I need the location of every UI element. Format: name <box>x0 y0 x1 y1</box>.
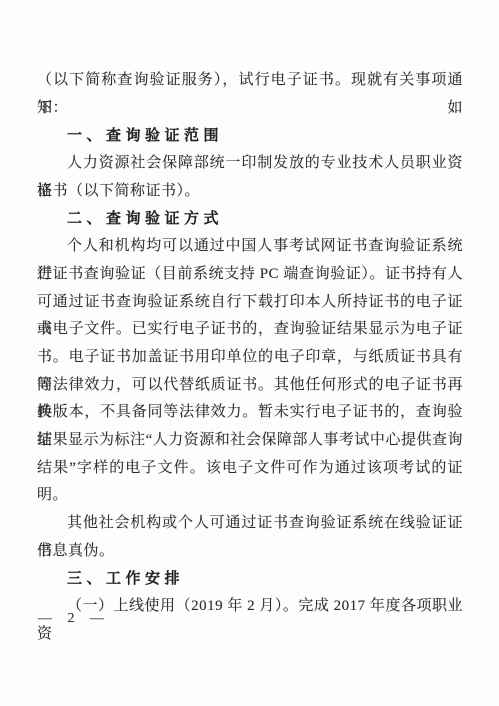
body-text-line: 证书（以下简称证书）。 <box>37 178 463 206</box>
body-text-line: 结果”字样的电子文件。该电子文件可作为通过该项考试的证 <box>37 455 463 483</box>
page-number: — 2 — <box>38 611 110 627</box>
body-text-line: 或电子文件。已实行电子证书的，查询验证结果显示为电子证 <box>37 316 463 344</box>
section-heading: 三、工作安排 <box>37 565 463 593</box>
body-text-line: 个人和机构均可以通过中国人事考试网证书查询验证系统进 <box>37 233 463 261</box>
body-text-line: 人力资源社会保障部统一印制发放的专业技术人员职业资格 <box>37 150 463 178</box>
body-text-line: 结果显示为标注“人力资源和社会保障部人事考试中心提供查询 <box>37 427 463 455</box>
document-body: （以下简称查询验证服务），试行电子证书。现就有关事项通知如 下： 一、查询验证范… <box>37 67 463 621</box>
document-page: （以下简称查询验证服务），试行电子证书。现就有关事项通知如 下： 一、查询验证范… <box>0 0 499 706</box>
body-text-line: 行证书查询验证（目前系统支持 PC 端查询验证）。证书持有人 <box>37 261 463 289</box>
body-text-line: 可通过证书查询验证系统自行下载打印本人所持证书的电子证书 <box>37 289 463 317</box>
body-text-line: （以下简称查询验证服务），试行电子证书。现就有关事项通知如 <box>37 67 463 95</box>
body-text-line: 等法律效力，可以代替纸质证书。其他任何形式的电子证书再转 <box>37 372 463 400</box>
body-text-line: 明。 <box>37 482 463 510</box>
body-text-line: 其他社会机构或个人可通过证书查询验证系统在线验证证书 <box>37 510 463 538</box>
section-heading: 一、查询验证范围 <box>37 122 463 150</box>
body-text-line: 信息真伪。 <box>37 538 463 566</box>
body-text-line: 书。电子证书加盖证书用印单位的电子印章，与纸质证书具有同 <box>37 344 463 372</box>
body-text-line: 换版本，不具备同等法律效力。暂未实行电子证书的，查询验证 <box>37 399 463 427</box>
section-heading: 二、查询验证方式 <box>37 205 463 233</box>
